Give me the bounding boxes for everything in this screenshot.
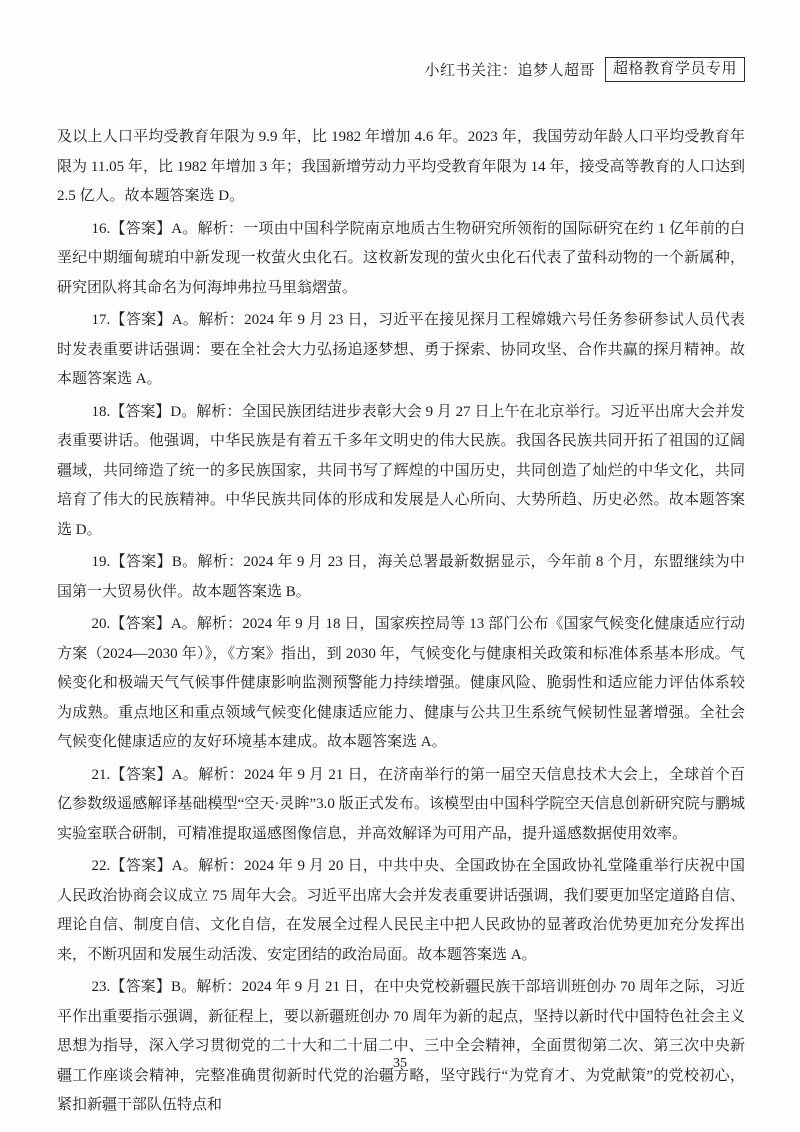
paragraph-answer-22: 22.【答案】A。解析：2024 年 9 月 20 日，中共中央、全国政协在全国… <box>57 852 745 970</box>
paragraph-answer-20: 20.【答案】A。解析：2024 年 9 月 18 日，国家疾控局等 13 部门… <box>57 610 745 758</box>
page-header: 小红书关注：追梦人超哥 超格教育学员专用 <box>424 57 745 82</box>
answers-content: 及以上人口平均受教育年限为 9.9 年，比 1982 年增加 4.6 年。202… <box>57 123 745 1124</box>
paragraph-answer-18: 18.【答案】D。解析：全国民族团结进步表彰大会 9 月 27 日上午在北京举行… <box>57 398 745 546</box>
paragraph-answer-17: 17.【答案】A。解析：2024 年 9 月 23 日，习近平在接见探月工程嫦娥… <box>57 306 745 395</box>
paragraph-answer-21: 21.【答案】A。解析：2024 年 9 月 21 日，在济南举行的第一届空天信… <box>57 761 745 850</box>
header-follow-text: 小红书关注：追梦人超哥 <box>424 59 595 80</box>
paragraph-15-continued: 及以上人口平均受教育年限为 9.9 年，比 1982 年增加 4.6 年。202… <box>57 123 745 212</box>
paragraph-answer-16: 16.【答案】A。解析：一项由中国科学院南京地质古生物研究所领衔的国际研究在约 … <box>57 215 745 304</box>
page-number: 35 <box>0 1056 800 1072</box>
header-badge: 超格教育学员专用 <box>605 57 745 82</box>
paragraph-answer-19: 19.【答案】B。解析：2024 年 9 月 23 日，海关总署最新数据显示，今… <box>57 548 745 607</box>
paragraph-answer-23: 23.【答案】B。解析：2024 年 9 月 21 日，在中央党校新疆民族干部培… <box>57 973 745 1121</box>
document-page: 小红书关注：追梦人超哥 超格教育学员专用 及以上人口平均受教育年限为 9.9 年… <box>0 0 800 1132</box>
